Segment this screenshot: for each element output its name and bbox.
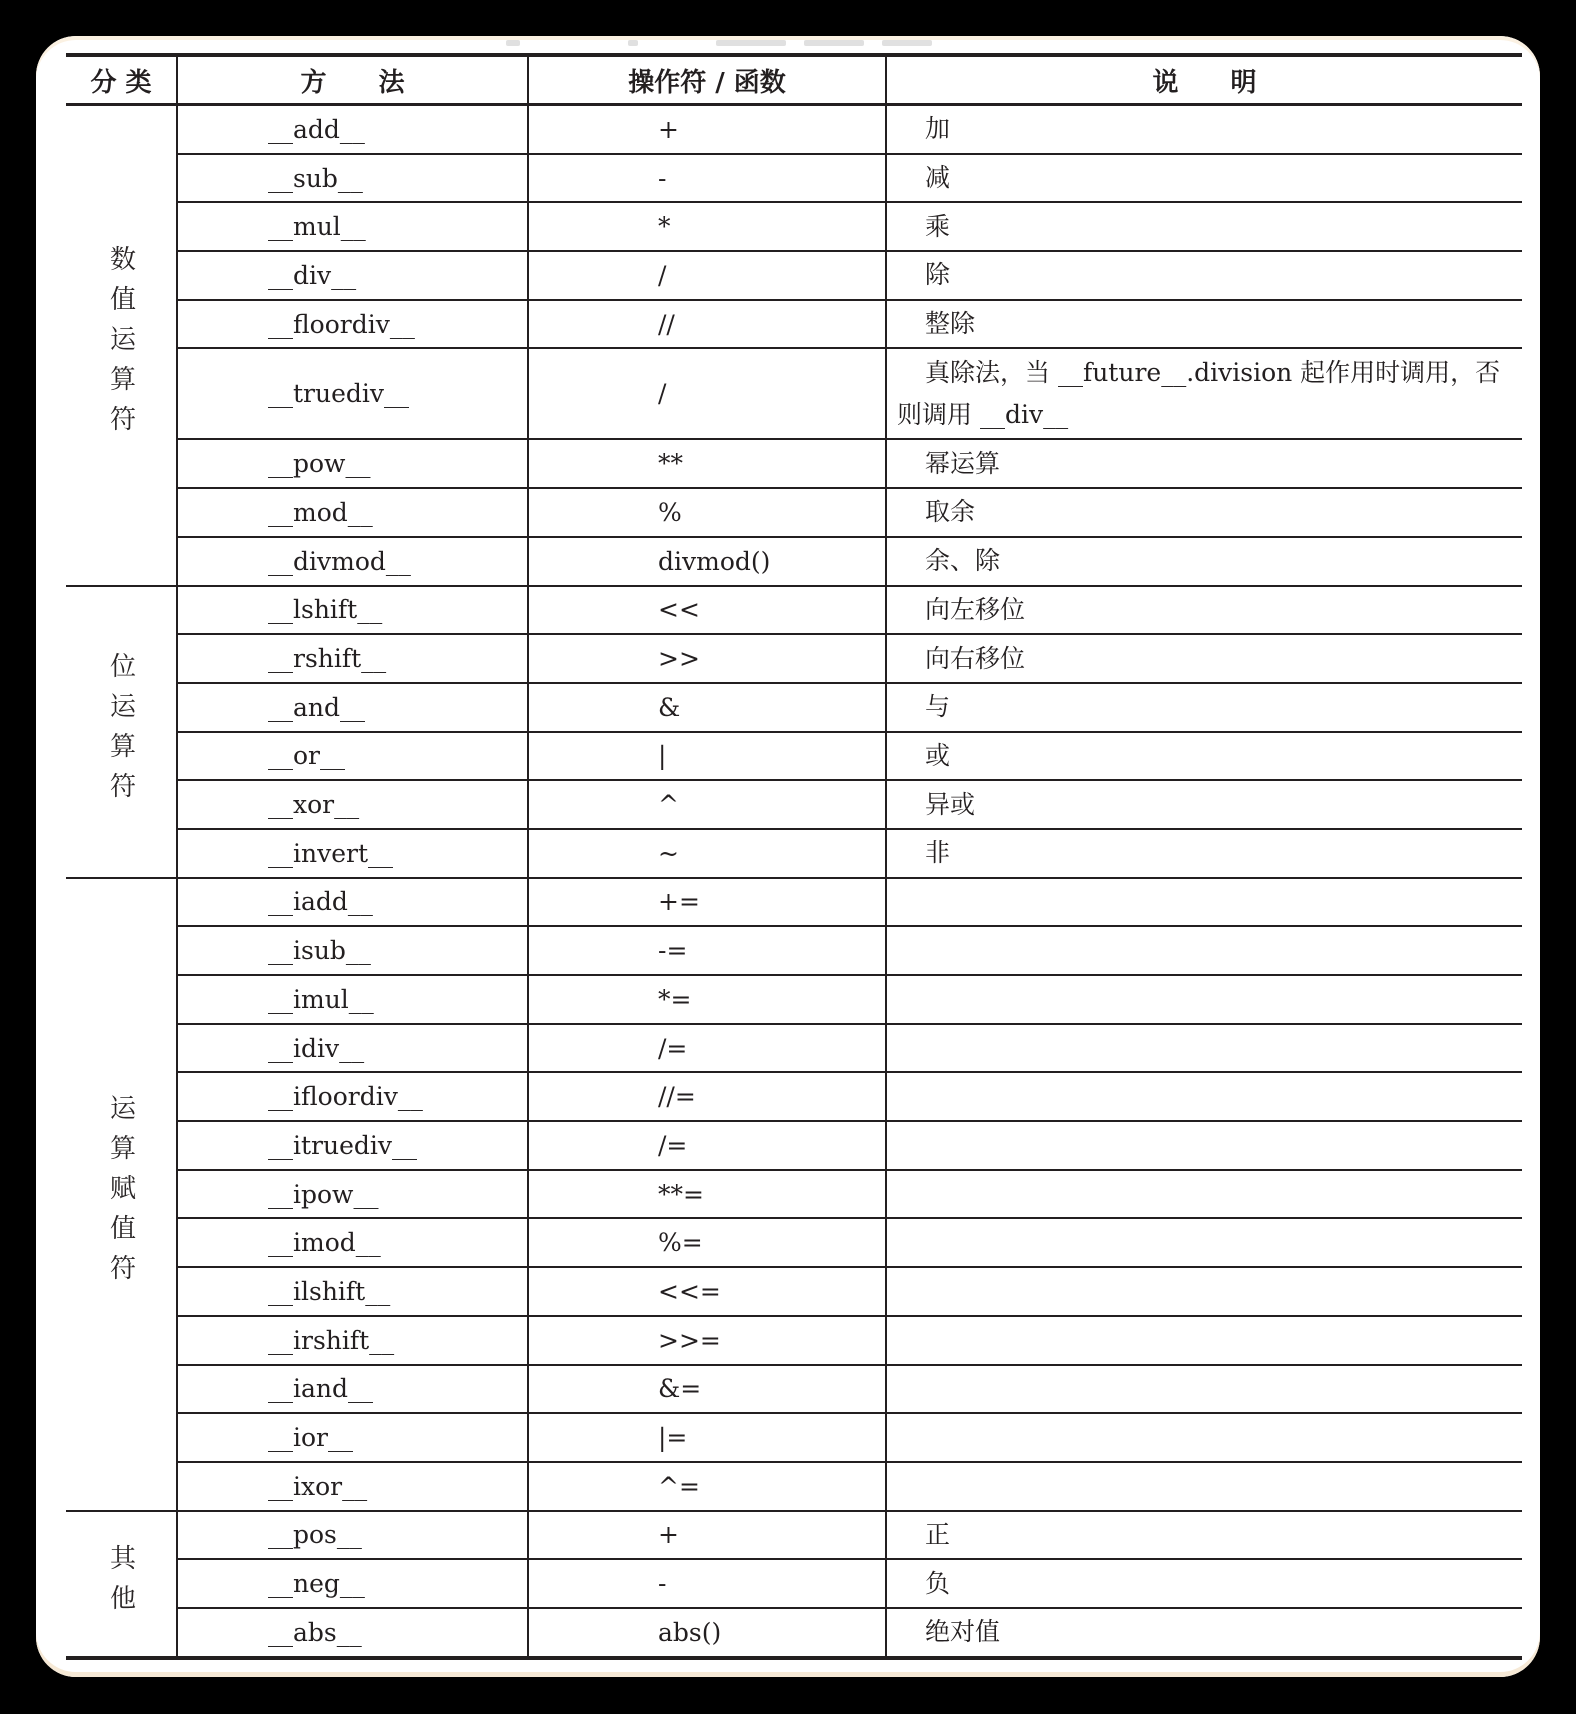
method-cell: __mul__: [176, 203, 527, 250]
method-cell: __imod__: [176, 1219, 527, 1266]
operator-cell: /=: [527, 1025, 885, 1072]
operator-cell: ~: [527, 830, 885, 877]
category-cell: 其他: [66, 1512, 176, 1656]
header-operator: 操作符 / 函数: [527, 57, 885, 103]
method-cell: __xor__: [176, 781, 527, 828]
table-row: __imul__*=: [176, 974, 1522, 1023]
method-cell: __and__: [176, 684, 527, 731]
description-cell: 加: [885, 106, 1522, 153]
table-row: __abs__abs()绝对值: [176, 1607, 1522, 1656]
table-section: 其他__pos__+正__neg__-负__abs__abs()绝对值: [66, 1510, 1522, 1656]
table-row: __mul__*乘: [176, 201, 1522, 250]
description-cell: 整除: [885, 301, 1522, 348]
table-body: 数值运算符__add__+加__sub__-减__mul__*乘__div__/…: [66, 106, 1522, 1656]
method-cell: __imul__: [176, 976, 527, 1023]
table-row: __sub__-减: [176, 153, 1522, 202]
table-row: __div__/除: [176, 250, 1522, 299]
operator-cell: -: [527, 1560, 885, 1607]
operator-cell: %=: [527, 1219, 885, 1266]
category-label: 数值运算符: [103, 245, 140, 445]
table-row: __add__+加: [176, 106, 1522, 153]
operator-cell: //=: [527, 1073, 885, 1120]
method-cell: __ifloordiv__: [176, 1073, 527, 1120]
operator-cell: /: [527, 349, 885, 438]
operator-cell: <<: [527, 587, 885, 634]
table-bottom-rule: [66, 1656, 1522, 1660]
description-cell: 向左移位: [885, 587, 1522, 634]
operator-cell: &: [527, 684, 885, 731]
header-method: 方 法: [176, 57, 527, 103]
method-cell: __itruediv__: [176, 1122, 527, 1169]
header-category: 分 类: [66, 57, 176, 103]
table-row: __pow__**幂运算: [176, 438, 1522, 487]
description-cell: 非: [885, 830, 1522, 877]
description-cell: [885, 1073, 1522, 1120]
table-row: __idiv__/=: [176, 1023, 1522, 1072]
operator-cell: **: [527, 440, 885, 487]
description-cell: 与: [885, 684, 1522, 731]
method-cell: __abs__: [176, 1609, 527, 1656]
operator-cell: ^: [527, 781, 885, 828]
operator-cell: ^=: [527, 1463, 885, 1510]
description-cell: [885, 1219, 1522, 1266]
header-description: 说 明: [885, 57, 1522, 103]
method-cell: __sub__: [176, 155, 527, 202]
description-cell: [885, 1317, 1522, 1364]
category-label: 运算赋值符: [103, 1094, 140, 1294]
method-cell: __neg__: [176, 1560, 527, 1607]
description-cell: 向右移位: [885, 635, 1522, 682]
description-cell: 绝对值: [885, 1609, 1522, 1656]
description-cell: [885, 1366, 1522, 1413]
table-row: __or__|或: [176, 731, 1522, 780]
table-section: 运算赋值符__iadd__+=__isub__-=__imul__*=__idi…: [66, 877, 1522, 1510]
method-cell: __pos__: [176, 1512, 527, 1559]
operator-cell: +: [527, 106, 885, 153]
operator-cell: &=: [527, 1366, 885, 1413]
method-cell: __ior__: [176, 1414, 527, 1461]
method-cell: __ixor__: [176, 1463, 527, 1510]
table-row: __ifloordiv__//=: [176, 1071, 1522, 1120]
method-cell: __ipow__: [176, 1171, 527, 1218]
table-row: __invert__~非: [176, 828, 1522, 877]
operator-cell: <<=: [527, 1268, 885, 1315]
operator-cell: +=: [527, 879, 885, 926]
operator-cell: abs(): [527, 1609, 885, 1656]
description-cell: 幂运算: [885, 440, 1522, 487]
table-row: __isub__-=: [176, 925, 1522, 974]
operator-cell: >>=: [527, 1317, 885, 1364]
operator-cell: |=: [527, 1414, 885, 1461]
method-cell: __invert__: [176, 830, 527, 877]
table-row: __itruediv__/=: [176, 1120, 1522, 1169]
table-row: __and__&与: [176, 682, 1522, 731]
operator-cell: /=: [527, 1122, 885, 1169]
description-cell: 余、除: [885, 538, 1522, 585]
operator-cell: +: [527, 1512, 885, 1559]
method-cell: __idiv__: [176, 1025, 527, 1072]
operator-cell: /: [527, 252, 885, 299]
method-cell: __mod__: [176, 489, 527, 536]
operator-cell: %: [527, 489, 885, 536]
operator-cell: -: [527, 155, 885, 202]
description-cell: 异或: [885, 781, 1522, 828]
cropped-table-caption: [506, 36, 1106, 50]
method-cell: __add__: [176, 106, 527, 153]
category-label: 位运算符: [103, 652, 140, 812]
table-row: __mod__%取余: [176, 487, 1522, 536]
table-header: 分 类 方 法 操作符 / 函数 说 明: [66, 57, 1522, 103]
description-cell: 真除法，当 __future__.division 起作用时调用，否则调用 __…: [885, 349, 1522, 438]
method-cell: __floordiv__: [176, 301, 527, 348]
operator-cell: >>: [527, 635, 885, 682]
method-cell: __ilshift__: [176, 1268, 527, 1315]
category-cell: 运算赋值符: [66, 879, 176, 1510]
table-row: __lshift__<<向左移位: [176, 587, 1522, 634]
table-row: __pos__+正: [176, 1512, 1522, 1559]
method-cell: __div__: [176, 252, 527, 299]
operator-cell: //: [527, 301, 885, 348]
description-cell: [885, 927, 1522, 974]
description-cell: 取余: [885, 489, 1522, 536]
category-label: 其他: [103, 1544, 140, 1624]
method-cell: __divmod__: [176, 538, 527, 585]
method-cell: __isub__: [176, 927, 527, 974]
table-row: __xor__^异或: [176, 779, 1522, 828]
description-cell: [885, 1025, 1522, 1072]
table-row: __floordiv__//整除: [176, 299, 1522, 348]
description-cell: 除: [885, 252, 1522, 299]
table-row: __divmod__divmod()余、除: [176, 536, 1522, 585]
description-cell: [885, 976, 1522, 1023]
description-cell: 或: [885, 733, 1522, 780]
description-cell: 负: [885, 1560, 1522, 1607]
description-cell: 减: [885, 155, 1522, 202]
method-cell: __or__: [176, 733, 527, 780]
method-cell: __lshift__: [176, 587, 527, 634]
table-row: __truediv__/真除法，当 __future__.division 起作…: [176, 347, 1522, 438]
description-cell: [885, 1171, 1522, 1218]
operator-cell: *: [527, 203, 885, 250]
description-cell: [885, 1414, 1522, 1461]
description-cell: 正: [885, 1512, 1522, 1559]
description-cell: [885, 1122, 1522, 1169]
method-cell: __iadd__: [176, 879, 527, 926]
table-row: __iand__&=: [176, 1364, 1522, 1413]
table-row: __irshift__>>=: [176, 1315, 1522, 1364]
table-section: 位运算符__lshift__<<向左移位__rshift__>>向右移位__an…: [66, 585, 1522, 877]
table-row: __neg__-负: [176, 1558, 1522, 1607]
table-row: __ipow__**=: [176, 1169, 1522, 1218]
table-row: __ior__|=: [176, 1412, 1522, 1461]
description-cell: [885, 1463, 1522, 1510]
table-row: __ilshift__<<=: [176, 1266, 1522, 1315]
table-row: __imod__%=: [176, 1217, 1522, 1266]
table-row: __ixor__^=: [176, 1461, 1522, 1510]
table-row: __rshift__>>向右移位: [176, 633, 1522, 682]
description-cell: [885, 1268, 1522, 1315]
method-cell: __truediv__: [176, 349, 527, 438]
category-cell: 位运算符: [66, 587, 176, 877]
table-section: 数值运算符__add__+加__sub__-减__mul__*乘__div__/…: [66, 106, 1522, 585]
method-cell: __irshift__: [176, 1317, 527, 1364]
description-cell: 乘: [885, 203, 1522, 250]
operator-cell: **=: [527, 1171, 885, 1218]
method-cell: __iand__: [176, 1366, 527, 1413]
operator-cell: |: [527, 733, 885, 780]
operator-cell: -=: [527, 927, 885, 974]
operator-cell: divmod(): [527, 538, 885, 585]
method-cell: __pow__: [176, 440, 527, 487]
document-page: 分 类 方 法 操作符 / 函数 说 明 数值运算符__add__+加__sub…: [36, 36, 1540, 1677]
table-row: __iadd__+=: [176, 879, 1522, 926]
description-cell: [885, 879, 1522, 926]
operator-cell: *=: [527, 976, 885, 1023]
category-cell: 数值运算符: [66, 106, 176, 585]
method-cell: __rshift__: [176, 635, 527, 682]
